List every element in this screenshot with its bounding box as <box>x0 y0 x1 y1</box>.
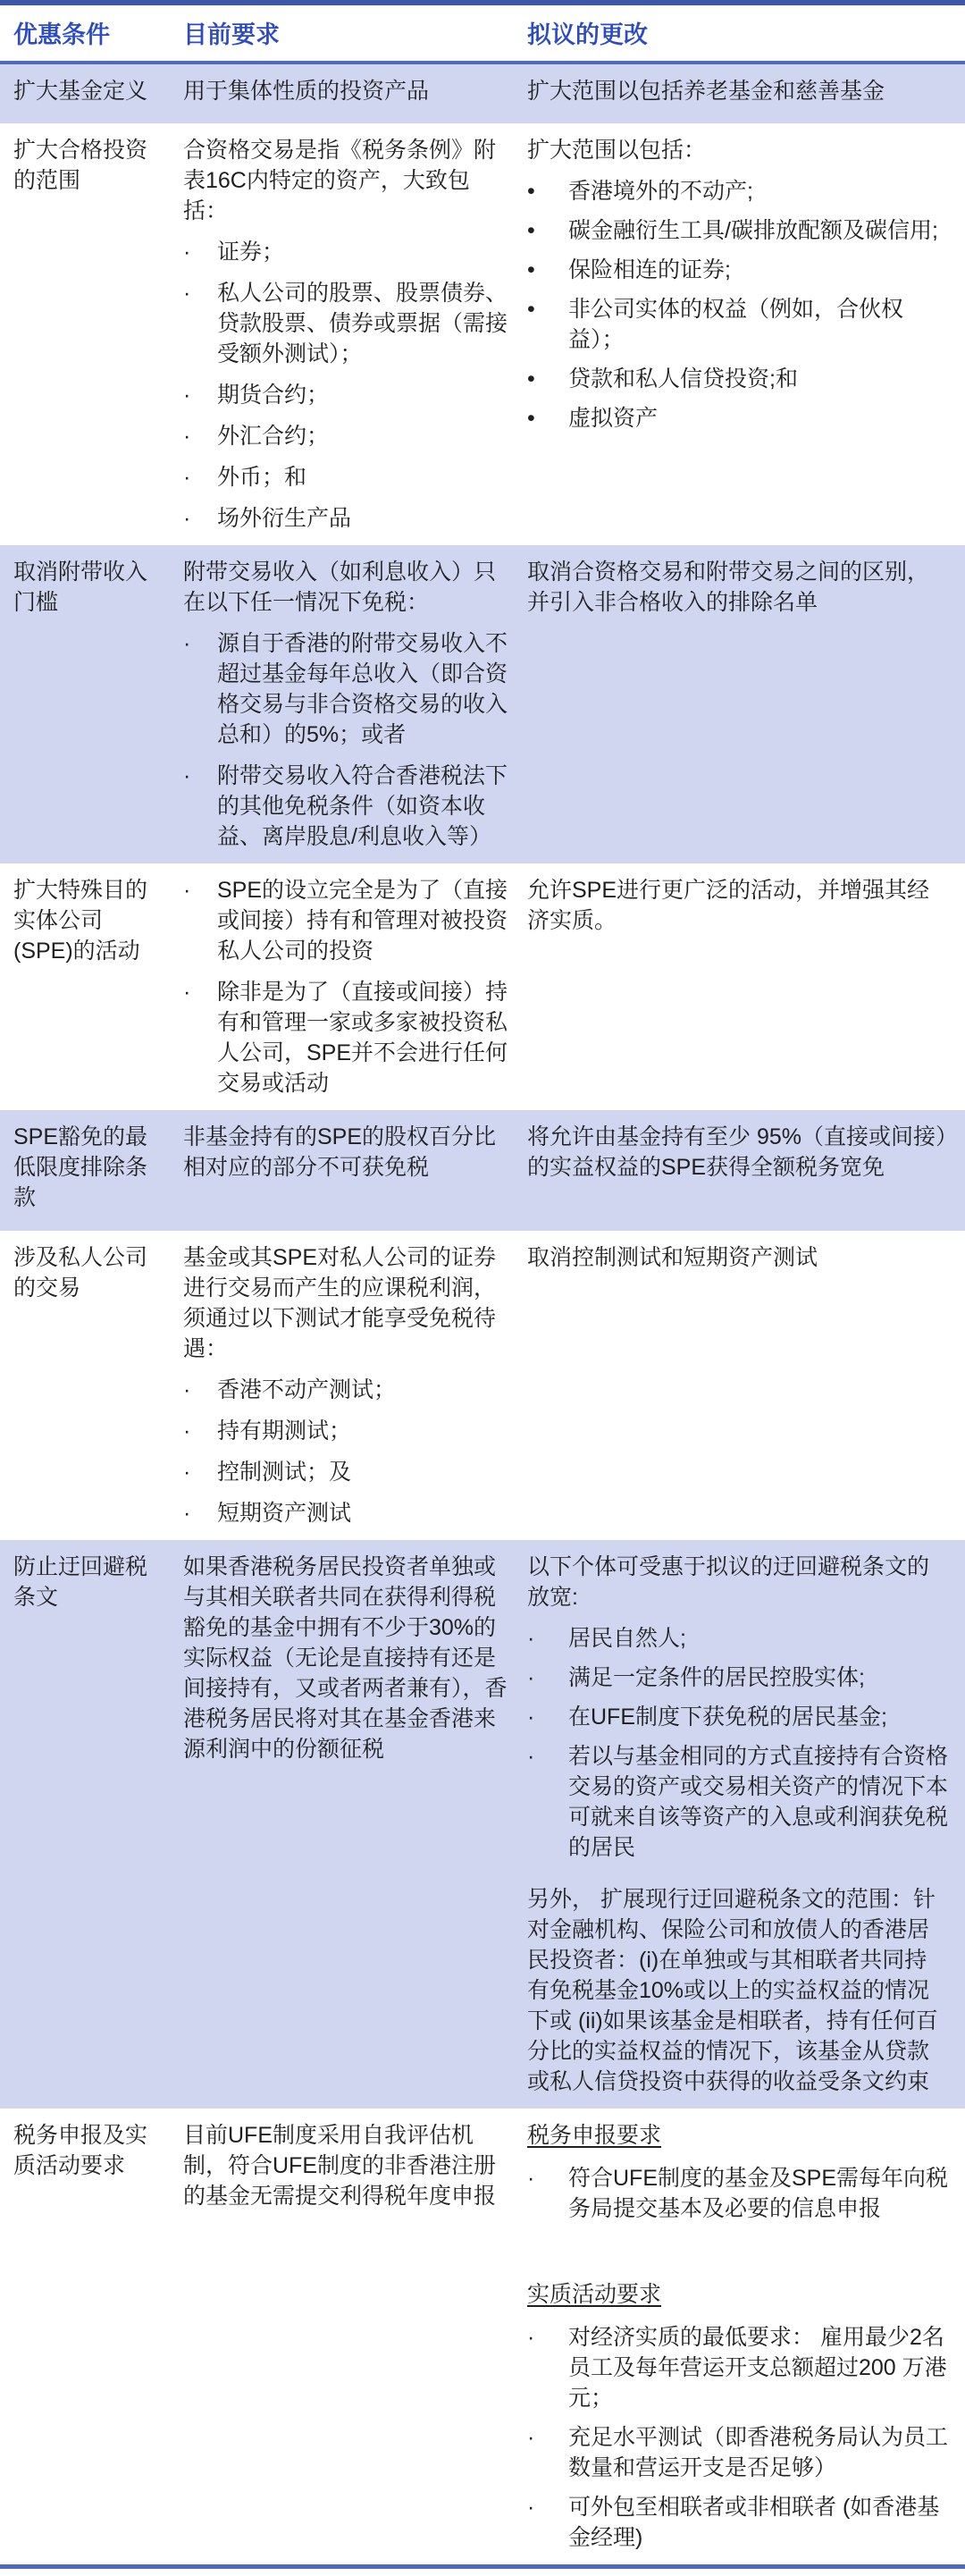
proposed-change-cell: 取消合资格交易和附带交易之间的区别，并引入非合格收入的排除名单 <box>527 557 954 852</box>
bullet-text: 证券； <box>217 237 513 267</box>
bullet-text: 符合UFE制度的基金及SPE需每年向税务局提交基本及必要的信息申报 <box>568 2163 949 2224</box>
paragraph: 目前UFE制度采用自我评估机制，符合UFE制度的非香港注册的基金无需提交利得税年… <box>183 2120 513 2211</box>
bullet-marker: • <box>527 176 568 206</box>
condition-cell: 防止迂回避税条文 <box>13 1552 170 2097</box>
table-row: 取消附带收入门槛附带交易收入（如利息收入）只在以下任一情况下免税：·源自于香港的… <box>0 545 965 863</box>
bullet-item: ·满足一定条件的居民控股实体; <box>527 1663 949 1693</box>
table-row: SPE豁免的最低限度排除条款非基金持有的SPE的股权百分比相对应的部分不可获免税… <box>0 1110 965 1231</box>
bullet-item: ·对经济实质的最低要求： 雇用最少2名员工及每年营运开支总额超过200 万港元； <box>527 2322 949 2413</box>
bullet-marker: · <box>183 462 217 492</box>
bullet-marker: · <box>527 2422 568 2453</box>
current-requirement-cell: 目前UFE制度采用自我评估机制，符合UFE制度的非香港注册的基金无需提交利得税年… <box>183 2120 527 2553</box>
condition-label: 涉及私人公司的交易 <box>13 1242 155 1303</box>
bullet-marker: · <box>183 278 217 308</box>
bullet-text: 持有期测试； <box>217 1416 513 1446</box>
bullet-text: SPE的设立完全是为了（直接或间接）持有和管理对被投资私人公司的投资 <box>217 875 513 966</box>
bullet-item: ·场外衍生产品 <box>183 503 513 534</box>
bullet-item: ·短期资产测试 <box>183 1498 513 1528</box>
bullet-item: •虚拟资产 <box>527 403 949 434</box>
table-row: 扩大特殊目的实体公司(SPE)的活动·SPE的设立完全是为了（直接或间接）持有和… <box>0 863 965 1110</box>
condition-cell: 扩大基金定义 <box>13 76 170 112</box>
bullet-text: 对经济实质的最低要求： 雇用最少2名员工及每年营运开支总额超过200 万港元； <box>568 2322 949 2413</box>
condition-label: 扩大特殊目的实体公司(SPE)的活动 <box>13 875 155 966</box>
condition-cell: 涉及私人公司的交易 <box>13 1242 170 1528</box>
proposed-change-cell: 将允许由基金持有至少 95%（直接或间接）的实益权益的SPE获得全额税务宽免 <box>527 1122 954 1219</box>
bullet-item: •碳金融衍生工具/碳排放配额及碳信用; <box>527 215 949 246</box>
bullet-text: 短期资产测试 <box>217 1498 513 1528</box>
paragraph: 合资格交易是指《税务条例》附表16C内特定的资产，大致包括： <box>183 135 513 226</box>
paragraph: 扩大范围以包括： <box>527 135 949 165</box>
bullet-list: ·源自于香港的附带交易收入不超过基金每年总收入（即合资格交易与非合资格交易的收入… <box>183 628 513 852</box>
proposed-change-cell: 以下个体可受惠于拟议的迂回避税条文的放宽:·居民自然人;·满足一定条件的居民控股… <box>527 1552 954 2097</box>
bullet-marker: · <box>527 1663 568 1693</box>
bullet-text: 附带交易收入符合香港税法下的其他免税条件（如资本收益、离岸股息/利息收入等） <box>217 761 513 852</box>
bullet-list: •香港境外的不动产;•碳金融衍生工具/碳排放配额及碳信用;•保险相连的证券;•非… <box>527 176 949 434</box>
bullet-item: ·SPE的设立完全是为了（直接或间接）持有和管理对被投资私人公司的投资 <box>183 875 513 966</box>
table-header-row: 优惠条件 目前要求 拟议的更改 <box>0 5 965 61</box>
proposed-change-cell: 扩大范围以包括：•香港境外的不动产;•碳金融衍生工具/碳排放配额及碳信用;•保险… <box>527 135 954 534</box>
condition-cell: 扩大合格投资的范围 <box>13 135 170 534</box>
paragraph: 允许SPE进行更广泛的活动，并增强其经济实质。 <box>527 875 949 936</box>
bullet-item: ·外汇合约； <box>183 421 513 451</box>
condition-cell: 税务申报及实质活动要求 <box>13 2120 170 2553</box>
bullet-marker: · <box>527 2163 568 2193</box>
bullet-item: ·附带交易收入符合香港税法下的其他免税条件（如资本收益、离岸股息/利息收入等） <box>183 761 513 852</box>
current-requirement-cell: 用于集体性质的投资产品 <box>183 76 527 112</box>
bullet-marker: • <box>527 215 568 246</box>
bullet-text: 控制测试；及 <box>217 1457 513 1487</box>
table-row: 涉及私人公司的交易基金或其SPE对私人公司的证券进行交易而产生的应课税利润，须通… <box>0 1231 965 1540</box>
underlined-heading: 税务申报要求 <box>527 2120 949 2151</box>
bullet-text: 私人公司的股票、股票债券、贷款股票、债券或票据（需接受额外测试）； <box>217 278 513 369</box>
condition-cell: 取消附带收入门槛 <box>13 557 170 852</box>
proposed-change-cell: 扩大范围以包括养老基金和慈善基金 <box>527 76 954 112</box>
bullet-item: ·证券； <box>183 237 513 267</box>
table-row: 防止迂回避税条文如果香港税务居民投资者单独或与其相关联者共同在获得利得税豁免的基… <box>0 1540 965 2109</box>
bullet-text: 外币；和 <box>217 462 513 492</box>
bullet-item: ·香港不动产测试； <box>183 1375 513 1405</box>
bullet-marker: · <box>183 421 217 451</box>
bullet-marker: · <box>183 237 217 267</box>
bullet-text: 在UFE制度下获免税的居民基金; <box>568 1702 949 1732</box>
bullet-text: 满足一定条件的居民控股实体; <box>568 1663 949 1693</box>
bullet-item: ·若以与基金相同的方式直接持有合资格交易的资产或交易相关资产的情况下本可就来自该… <box>527 1741 949 1863</box>
bullet-marker: · <box>527 2322 568 2353</box>
bullet-item: •保险相连的证券; <box>527 255 949 285</box>
bullet-marker: • <box>527 364 568 394</box>
fund-tax-comparison-page: 优惠条件 目前要求 拟议的更改 扩大基金定义用于集体性质的投资产品扩大范围以包括… <box>0 0 965 2576</box>
bullet-marker: • <box>527 294 568 324</box>
bullet-marker: · <box>527 1623 568 1654</box>
bullet-text: 源自于香港的附带交易收入不超过基金每年总收入（即合资格交易与非合资格交易的收入总… <box>217 628 513 750</box>
paragraph: 基金或其SPE对私人公司的证券进行交易而产生的应课税利润，须通过以下测试才能享受… <box>183 1242 513 1364</box>
bullet-item: ·除非是为了（直接或间接）持有和管理一家或多家被投资私人公司，SPE并不会进行任… <box>183 977 513 1099</box>
current-requirement-cell: 基金或其SPE对私人公司的证券进行交易而产生的应课税利润，须通过以下测试才能享受… <box>183 1242 527 1528</box>
bullet-marker: · <box>183 1375 217 1405</box>
bullet-item: ·期货合约； <box>183 380 513 410</box>
current-requirement-cell: 附带交易收入（如利息收入）只在以下任一情况下免税：·源自于香港的附带交易收入不超… <box>183 557 527 852</box>
bullet-item: ·持有期测试； <box>183 1416 513 1446</box>
bullet-item: •香港境外的不动产; <box>527 176 949 206</box>
paragraph: 用于集体性质的投资产品 <box>183 76 513 106</box>
paragraph: 非基金持有的SPE的股权百分比相对应的部分不可获免税 <box>183 1122 513 1183</box>
section-gap <box>527 2224 949 2279</box>
bullet-text: 可外包至相联者或非相联者 (如香港基金经理) <box>568 2492 949 2553</box>
bullet-item: ·源自于香港的附带交易收入不超过基金每年总收入（即合资格交易与非合资格交易的收入… <box>183 628 513 750</box>
bullet-item: ·可外包至相联者或非相联者 (如香港基金经理) <box>527 2492 949 2553</box>
current-requirement-cell: 合资格交易是指《税务条例》附表16C内特定的资产，大致包括：·证券；·私人公司的… <box>183 135 527 534</box>
header-current-requirement: 目前要求 <box>183 21 527 49</box>
header-condition: 优惠条件 <box>13 21 183 49</box>
paragraph: 取消控制测试和短期资产测试 <box>527 1242 949 1273</box>
underlined-heading: 实质活动要求 <box>527 2279 949 2310</box>
bullet-item: •非公司实体的权益（例如，合伙权益）； <box>527 294 949 355</box>
bullet-item: •贷款和私人信贷投资;和 <box>527 364 949 394</box>
bullet-marker: · <box>183 503 217 534</box>
current-requirement-cell: ·SPE的设立完全是为了（直接或间接）持有和管理对被投资私人公司的投资·除非是为… <box>183 875 527 1099</box>
condition-label: 扩大基金定义 <box>13 76 155 106</box>
table-body: 扩大基金定义用于集体性质的投资产品扩大范围以包括养老基金和慈善基金扩大合格投资的… <box>0 64 965 2564</box>
bullet-list: ·香港不动产测试；·持有期测试；·控制测试；及·短期资产测试 <box>183 1375 513 1528</box>
bullet-marker: · <box>183 875 217 905</box>
bullet-marker: · <box>527 2492 568 2522</box>
bullet-text: 香港不动产测试； <box>217 1375 513 1405</box>
bullet-item: ·充足水平测试（即香港税务局认为员工数量和营运开支是否足够） <box>527 2422 949 2483</box>
paragraph: 扩大范围以包括养老基金和慈善基金 <box>527 76 949 106</box>
bullet-text: 碳金融衍生工具/碳排放配额及碳信用; <box>568 215 949 246</box>
paragraph: 附带交易收入（如利息收入）只在以下任一情况下免税： <box>183 557 513 618</box>
bullet-item: ·私人公司的股票、股票债券、贷款股票、债券或票据（需接受额外测试）； <box>183 278 513 369</box>
bullet-marker: · <box>183 1416 217 1446</box>
bullet-marker: · <box>527 1741 568 1772</box>
paragraph: 如果香港税务居民投资者单独或与其相关联者共同在获得利得税豁免的基金中拥有不少于3… <box>183 1552 513 1764</box>
bullet-marker: · <box>183 380 217 410</box>
bullet-text: 场外衍生产品 <box>217 503 513 534</box>
bullet-marker: · <box>527 1702 568 1732</box>
bullet-list: ·证券；·私人公司的股票、股票债券、贷款股票、债券或票据（需接受额外测试）；·期… <box>183 237 513 534</box>
current-requirement-cell: 非基金持有的SPE的股权百分比相对应的部分不可获免税 <box>183 1122 527 1219</box>
bullet-text: 除非是为了（直接或间接）持有和管理一家或多家被投资私人公司，SPE并不会进行任何… <box>217 977 513 1099</box>
bullet-marker: · <box>183 1498 217 1528</box>
bottom-margin <box>0 2569 965 2576</box>
bullet-text: 居民自然人; <box>568 1623 949 1654</box>
bullet-marker: · <box>183 1457 217 1487</box>
bullet-text: 保险相连的证券; <box>568 255 949 285</box>
proposed-change-cell: 允许SPE进行更广泛的活动，并增强其经济实质。 <box>527 875 954 1099</box>
bullet-marker: • <box>527 403 568 434</box>
condition-label: 防止迂回避税条文 <box>13 1552 155 1612</box>
bullet-list: ·符合UFE制度的基金及SPE需每年向税务局提交基本及必要的信息申报 <box>527 2163 949 2224</box>
bullet-item: ·符合UFE制度的基金及SPE需每年向税务局提交基本及必要的信息申报 <box>527 2163 949 2224</box>
condition-label: 扩大合格投资的范围 <box>13 135 155 196</box>
proposed-change-cell: 取消控制测试和短期资产测试 <box>527 1242 954 1528</box>
bullet-list: ·对经济实质的最低要求： 雇用最少2名员工及每年营运开支总额超过200 万港元；… <box>527 2322 949 2553</box>
bullet-item: ·外币；和 <box>183 462 513 492</box>
bullet-text: 非公司实体的权益（例如，合伙权益）； <box>568 294 949 355</box>
paragraph: 以下个体可受惠于拟议的迂回避税条文的放宽: <box>527 1552 949 1612</box>
table-row: 税务申报及实质活动要求目前UFE制度采用自我评估机制，符合UFE制度的非香港注册… <box>0 2109 965 2564</box>
bullet-list: ·SPE的设立完全是为了（直接或间接）持有和管理对被投资私人公司的投资·除非是为… <box>183 875 513 1099</box>
bullet-text: 香港境外的不动产; <box>568 176 949 206</box>
condition-cell: 扩大特殊目的实体公司(SPE)的活动 <box>13 875 170 1099</box>
bullet-marker: · <box>183 628 217 659</box>
bullet-item: ·在UFE制度下获免税的居民基金; <box>527 1702 949 1732</box>
bullet-marker: • <box>527 255 568 285</box>
bullet-list: ·居民自然人;·满足一定条件的居民控股实体;·在UFE制度下获免税的居民基金;·… <box>527 1623 949 1863</box>
paragraph: 另外， 扩展现行迂回避税条文的范围：针对金融机构、保险公司和放债人的香港居民投资… <box>527 1884 949 2097</box>
condition-label: 税务申报及实质活动要求 <box>13 2120 155 2181</box>
bullet-text: 充足水平测试（即香港税务局认为员工数量和营运开支是否足够） <box>568 2422 949 2483</box>
condition-label: 取消附带收入门槛 <box>13 557 155 618</box>
header-proposed-change: 拟议的更改 <box>527 21 954 49</box>
bullet-text: 若以与基金相同的方式直接持有合资格交易的资产或交易相关资产的情况下本可就来自该等… <box>568 1741 949 1863</box>
bullet-marker: · <box>183 761 217 791</box>
table-row: 扩大合格投资的范围合资格交易是指《税务条例》附表16C内特定的资产，大致包括：·… <box>0 123 965 545</box>
bullet-text: 虚拟资产 <box>568 403 949 434</box>
bullet-text: 贷款和私人信贷投资;和 <box>568 364 949 394</box>
condition-cell: SPE豁免的最低限度排除条款 <box>13 1122 170 1219</box>
table-row: 扩大基金定义用于集体性质的投资产品扩大范围以包括养老基金和慈善基金 <box>0 64 965 123</box>
paragraph: 将允许由基金持有至少 95%（直接或间接）的实益权益的SPE获得全额税务宽免 <box>527 1122 949 1183</box>
bullet-item: ·居民自然人; <box>527 1623 949 1654</box>
current-requirement-cell: 如果香港税务居民投资者单独或与其相关联者共同在获得利得税豁免的基金中拥有不少于3… <box>183 1552 527 2097</box>
paragraph: 取消合资格交易和附带交易之间的区别，并引入非合格收入的排除名单 <box>527 557 949 618</box>
bullet-text: 期货合约； <box>217 380 513 410</box>
proposed-change-cell: 税务申报要求·符合UFE制度的基金及SPE需每年向税务局提交基本及必要的信息申报… <box>527 2120 954 2553</box>
bullet-item: ·控制测试；及 <box>183 1457 513 1487</box>
bullet-text: 外汇合约； <box>217 421 513 451</box>
bullet-marker: · <box>183 977 217 1007</box>
condition-label: SPE豁免的最低限度排除条款 <box>13 1122 155 1213</box>
